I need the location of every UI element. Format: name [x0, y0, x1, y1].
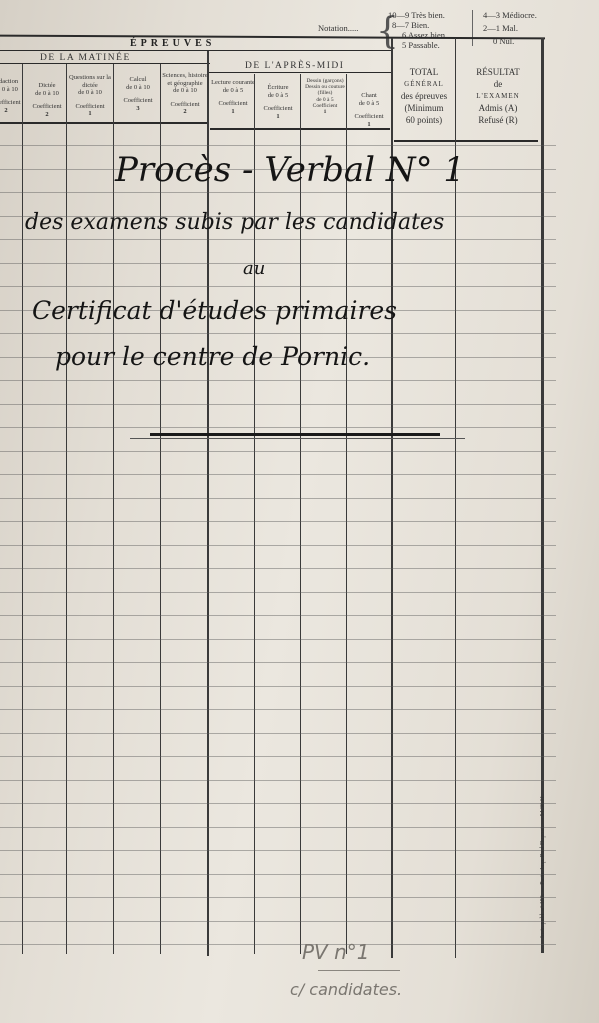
- col-name: rédaction: [0, 78, 22, 86]
- grid-row-line: [0, 263, 556, 264]
- result-de: de: [457, 78, 539, 90]
- col-scale: de 0 à 10: [161, 87, 209, 95]
- col-name: Dictée: [26, 82, 68, 90]
- notation-item: 8—7 Bien.: [388, 20, 447, 30]
- col-scale: de 0 à 10: [68, 89, 112, 97]
- result-admis: Admis (A): [457, 102, 539, 114]
- grid-row-line: [0, 827, 556, 828]
- header-bottom-rule: [394, 140, 538, 142]
- notation-item: 4—3 Médiocre.: [483, 10, 537, 20]
- grid-row-line: [0, 380, 556, 381]
- col-coef-label: Coefficient: [211, 100, 255, 108]
- handwritten-line-5: pour le centre de Pornic.: [55, 342, 370, 371]
- grid-row-line: [0, 545, 556, 546]
- column-divider: [22, 64, 23, 954]
- col-scale: de 0 à 5: [348, 100, 390, 108]
- column-divider: [160, 64, 161, 954]
- col-coef: 1: [302, 109, 348, 115]
- notation-right-column: 4—3 Médiocre. 2—1 Mal. 0 Nul.: [472, 10, 537, 46]
- column-divider: [300, 74, 301, 954]
- column-divider: [346, 74, 347, 954]
- grid-row-line: [0, 709, 556, 710]
- col-header-sciences: Sciences, histoire et géographie de 0 à …: [161, 72, 209, 116]
- title-underline: [0, 50, 392, 51]
- total-min: (Minimum: [393, 102, 455, 114]
- grid-row-line: [0, 874, 556, 875]
- notation-label: Notation.....: [318, 23, 358, 33]
- col-coef-label: Coefficient: [348, 113, 390, 121]
- handwritten-line-4: Certificat d'études primaires: [32, 296, 397, 325]
- col-coef: 2: [161, 108, 209, 116]
- top-border: [0, 35, 545, 40]
- notation-left-column: 10—9 Très bien. 8—7 Bien. 6 Assez bien. …: [388, 10, 447, 50]
- col-coef: 2: [26, 111, 68, 119]
- ledger-page: Notation..... { 10—9 Très bien. 8—7 Bien…: [0, 0, 599, 1023]
- pencil-note-line-1: PV n°1: [302, 940, 370, 964]
- handwritten-line-3: au: [243, 258, 265, 279]
- pencil-note-line-2: c/ candidates.: [290, 980, 402, 999]
- grid-row-line: [0, 662, 556, 663]
- column-divider: [113, 64, 114, 954]
- col-name: Calcul: [115, 76, 161, 84]
- col-scale: de 0 à 5: [256, 92, 300, 100]
- grid-row-line: [0, 944, 556, 945]
- result-refuse: Refusé (R): [457, 114, 539, 126]
- grid-row-line: [0, 474, 556, 475]
- total-sub: GÉNÉRAL: [393, 78, 455, 90]
- grid-row-line: [0, 192, 556, 193]
- grid-row-line: [0, 850, 556, 851]
- col-scale: de 0 à 10: [26, 90, 68, 98]
- col-name: Dessin (garçons) Dessin ou couture (fill…: [302, 78, 348, 97]
- closing-rule: [150, 433, 440, 436]
- epreuves-title: ÉPREUVES: [130, 38, 215, 49]
- col-header-redaction: rédaction de 0 à 10 Coefficient 2: [0, 78, 22, 114]
- grid-row-line: [0, 615, 556, 616]
- col-name: Écriture: [256, 84, 300, 92]
- grid-row-line: [0, 333, 556, 334]
- col-scale: de 0 à 10: [0, 86, 22, 94]
- notation-item: 10—9 Très bien.: [388, 10, 447, 20]
- col-header-questions: Questions sur la dictée de 0 à 10 Coeffi…: [68, 74, 112, 118]
- col-header-lecture: Lecture courante de 0 à 5 Coefficient 1: [211, 79, 255, 115]
- col-coef: 1: [211, 108, 255, 116]
- grid-row-line: [0, 756, 556, 757]
- grid-row-line: [0, 780, 556, 781]
- col-name: Chant: [348, 92, 390, 100]
- col-header-ecriture: Écriture de 0 à 5 Coefficient 1: [256, 84, 300, 120]
- handwritten-line-2: des examens subis par les candidates: [25, 210, 444, 235]
- closing-rule-thin: [130, 438, 465, 439]
- grid-row-line: [0, 145, 556, 146]
- grid-row-line: [0, 592, 556, 593]
- col-coef: 3: [115, 105, 161, 113]
- afternoon-group-label: DE L'APRÈS-MIDI: [245, 61, 344, 71]
- col-coef: 1: [68, 110, 112, 118]
- grid-row-line: [0, 568, 556, 569]
- col-name: Sciences, histoire et géographie: [161, 72, 209, 87]
- notation-item: 2—1 Mal.: [483, 23, 537, 33]
- grid-row-line: [0, 427, 556, 428]
- col-coef-label: Coefficient: [0, 99, 22, 107]
- col-name: Questions sur la dictée: [68, 74, 112, 89]
- grid-row-line: [0, 921, 556, 922]
- col-header-dessin: Dessin (garçons) Dessin ou couture (fill…: [302, 78, 348, 115]
- grid-row-line: [0, 286, 556, 287]
- col-coef-label: Coefficient: [68, 103, 112, 111]
- grid-row-line: [0, 686, 556, 687]
- result-header: RÉSULTAT de L'EXAMEN Admis (A) Refusé (R…: [457, 66, 539, 126]
- col-coef: 1: [256, 113, 300, 121]
- pencil-underline: [318, 970, 400, 971]
- total-header: TOTAL GÉNÉRAL des épreuves (Minimum 60 p…: [393, 66, 455, 126]
- col-header-dictee: Dictée de 0 à 10 Coefficient 2: [26, 82, 68, 118]
- grid-row-line: [0, 404, 556, 405]
- handwritten-title: Procès - Verbal N° 1: [115, 150, 465, 190]
- printer-imprint: Instr. publ. nº 155. — Paris. Imp. Paul …: [540, 794, 546, 938]
- notation-item: 5 Passable.: [388, 40, 447, 50]
- grid-row-line: [0, 803, 556, 804]
- grid-row-line: [0, 239, 556, 240]
- morning-group-label: DE LA MATINÉE: [40, 53, 131, 63]
- col-coef: 2: [0, 107, 22, 115]
- col-coef: 1: [348, 121, 390, 129]
- col-coef-label: Coefficient: [161, 101, 209, 109]
- header-bottom-rule: [0, 122, 208, 124]
- column-divider: [66, 64, 67, 954]
- col-coef-label: Coefficient: [256, 105, 300, 113]
- grid-row-line: [0, 521, 556, 522]
- total-desc: des épreuves: [393, 90, 455, 102]
- col-scale: de 0 à 10: [115, 84, 161, 92]
- total-title: TOTAL: [393, 66, 455, 78]
- total-min-points: 60 points): [393, 114, 455, 126]
- group-underline-afternoon: [208, 72, 392, 73]
- grid-row-line: [0, 733, 556, 734]
- col-coef-label: Coefficient: [115, 97, 161, 105]
- column-divider: [254, 74, 255, 954]
- result-title: RÉSULTAT: [457, 66, 539, 78]
- col-name: Lecture courante: [211, 79, 255, 87]
- result-sub: L'EXAMEN: [457, 90, 539, 102]
- col-coef-label: Coefficient: [26, 103, 68, 111]
- grid-row-line: [0, 451, 556, 452]
- col-header-chant: Chant de 0 à 5 Coefficient 1: [348, 92, 390, 128]
- grid-row-line: [0, 897, 556, 898]
- grid-row-line: [0, 498, 556, 499]
- col-header-calcul: Calcul de 0 à 10 Coefficient 3: [115, 76, 161, 112]
- group-underline: [0, 63, 210, 64]
- grid-row-line: [0, 639, 556, 640]
- col-scale: de 0 à 5: [211, 87, 255, 95]
